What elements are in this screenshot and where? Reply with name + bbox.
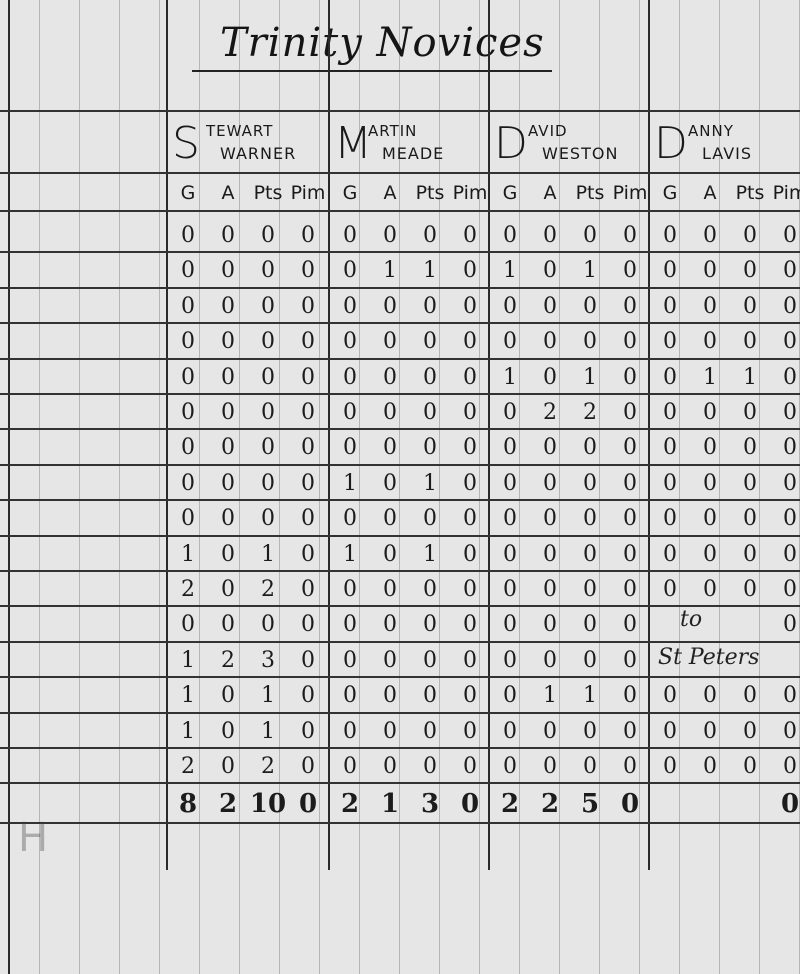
stat-cell: 0 (410, 501, 450, 537)
stat-cell: 0 (730, 430, 770, 466)
stat-cell: 0 (330, 643, 370, 679)
stat-cell: 0 (288, 714, 328, 750)
stat-column-header: Pim (450, 182, 490, 204)
stat-cell: 0 (770, 253, 800, 289)
stat-cell: 0 (610, 749, 650, 785)
stat-cell: 0 (168, 253, 208, 289)
stat-cell: 0 (570, 466, 610, 502)
stat-column-header: A (690, 182, 730, 204)
stat-cell: 1 (570, 253, 610, 289)
stat-cell: 0 (730, 395, 770, 431)
stat-cell: 1 (410, 466, 450, 502)
stat-cell: 0 (770, 289, 800, 325)
stat-total (650, 786, 690, 822)
stat-cell: 0 (248, 607, 288, 643)
stat-cell: 0 (330, 678, 370, 714)
stat-cell: 0 (490, 607, 530, 643)
stat-cell: 0 (650, 537, 690, 573)
stat-cell: 0 (370, 572, 410, 608)
stat-cell: 1 (570, 360, 610, 396)
stat-cell: 0 (330, 430, 370, 466)
player-last-name: MEADE (382, 144, 444, 163)
stat-cell: 0 (530, 218, 570, 254)
stat-cell: 0 (410, 714, 450, 750)
player-first-name: ANNY (688, 122, 734, 140)
stat-cell: 0 (650, 501, 690, 537)
stat-cell: 0 (690, 253, 730, 289)
stat-cell: 0 (168, 430, 208, 466)
stat-cell: 0 (330, 501, 370, 537)
stat-cell: 0 (450, 714, 490, 750)
stat-cell: 0 (410, 678, 450, 714)
stat-cell: 0 (330, 572, 370, 608)
stat-cell: 0 (490, 749, 530, 785)
stat-cell: 0 (690, 501, 730, 537)
stat-cell: 0 (208, 501, 248, 537)
stat-cell: 0 (490, 324, 530, 360)
stat-cell: 0 (650, 430, 690, 466)
player-first-name: ARTIN (368, 122, 417, 140)
stat-cell: 0 (650, 253, 690, 289)
stat-cell: 1 (168, 714, 208, 750)
stat-cell: 1 (168, 678, 208, 714)
stat-cell: 0 (530, 643, 570, 679)
stat-cell: 0 (410, 395, 450, 431)
stat-cell: 0 (168, 360, 208, 396)
stat-cell: 0 (770, 714, 800, 750)
stat-cell: 0 (650, 395, 690, 431)
player-header: MARTINMEADE (330, 118, 490, 172)
stat-column-header: Pts (570, 182, 610, 204)
stat-cell: 0 (248, 466, 288, 502)
stat-cell: 0 (370, 537, 410, 573)
stat-cell: 0 (208, 537, 248, 573)
stat-cell: 0 (208, 678, 248, 714)
stat-cell: 0 (208, 607, 248, 643)
stat-cell: 0 (288, 253, 328, 289)
stat-cell: 0 (610, 572, 650, 608)
stat-cell: 0 (410, 289, 450, 325)
stat-cell: 1 (490, 360, 530, 396)
stat-total (690, 786, 730, 822)
stat-cell: 0 (370, 643, 410, 679)
stat-cell: 0 (730, 253, 770, 289)
stat-cell: 0 (530, 749, 570, 785)
stat-cell: 0 (490, 537, 530, 573)
stat-cell: 1 (570, 678, 610, 714)
stat-cell: 0 (690, 466, 730, 502)
stat-cell: 0 (610, 360, 650, 396)
player-first-name: TEWART (206, 122, 273, 140)
transfer-destination: St Peters (658, 645, 759, 670)
stat-total: 2 (530, 786, 570, 822)
stat-cell: 0 (770, 537, 800, 573)
stat-cell: 0 (730, 678, 770, 714)
stat-column-header: G (330, 182, 370, 204)
stat-cell: 0 (570, 607, 610, 643)
player-initial: M (334, 118, 372, 169)
stat-cell: 1 (490, 253, 530, 289)
stat-cell: 0 (248, 501, 288, 537)
stat-cell: 0 (770, 466, 800, 502)
stat-total: 5 (570, 786, 610, 822)
stat-column-header: A (208, 182, 248, 204)
stat-cell: 0 (730, 466, 770, 502)
stat-cell: 0 (410, 324, 450, 360)
stat-cell: 2 (168, 749, 208, 785)
stat-cell: 0 (650, 324, 690, 360)
stat-total: 2 (330, 786, 370, 822)
stat-cell: 0 (288, 395, 328, 431)
stat-cell: 0 (490, 501, 530, 537)
stat-cell: 0 (490, 218, 530, 254)
stat-cell: 0 (288, 643, 328, 679)
stat-cell: 0 (288, 430, 328, 466)
stat-cell: 0 (490, 572, 530, 608)
stat-cell: 0 (330, 395, 370, 431)
stat-cell: 0 (690, 218, 730, 254)
stat-column-header: G (650, 182, 690, 204)
stat-cell: 1 (410, 253, 450, 289)
stat-total (730, 786, 770, 822)
stat-cell: 0 (490, 678, 530, 714)
stat-column-header: Pts (248, 182, 288, 204)
stat-cell: 1 (168, 643, 208, 679)
stat-cell: 0 (288, 501, 328, 537)
stat-cell: 0 (330, 289, 370, 325)
stat-cell: 0 (248, 218, 288, 254)
stat-cell: 0 (490, 643, 530, 679)
stat-cell: 0 (208, 360, 248, 396)
stat-cell: 0 (730, 537, 770, 573)
stat-cell: 0 (450, 218, 490, 254)
stat-cell: 0 (410, 360, 450, 396)
stat-cell: 1 (248, 714, 288, 750)
stat-cell: 0 (690, 678, 730, 714)
stat-cell: 0 (450, 501, 490, 537)
stat-cell: 0 (770, 572, 800, 608)
stat-cell: 0 (370, 360, 410, 396)
stat-cell: 0 (288, 218, 328, 254)
stat-cell: 0 (490, 714, 530, 750)
stat-cell: 0 (650, 714, 690, 750)
stat-cell: 1 (690, 360, 730, 396)
stat-cell: 0 (330, 253, 370, 289)
stat-cell: 0 (450, 607, 490, 643)
stat-cell: 0 (530, 430, 570, 466)
stat-cell: 1 (168, 537, 208, 573)
player-last-name: WESTON (542, 144, 618, 163)
stat-cell: 0 (530, 607, 570, 643)
stat-cell: 0 (168, 607, 208, 643)
stat-cell: 0 (690, 430, 730, 466)
stat-cell: 0 (530, 360, 570, 396)
stat-cell: 0 (410, 430, 450, 466)
stat-cell: 0 (610, 466, 650, 502)
stat-total: 2 (208, 786, 248, 822)
stat-cell: 0 (370, 324, 410, 360)
stat-cell: 0 (370, 678, 410, 714)
player-initial: D (494, 118, 528, 169)
stat-cell: 0 (208, 714, 248, 750)
stat-cell: 0 (690, 572, 730, 608)
stat-cell: 0 (168, 395, 208, 431)
stat-cell: 0 (450, 537, 490, 573)
stat-cell: 0 (288, 607, 328, 643)
stat-cell: 1 (370, 253, 410, 289)
stat-cell: 0 (610, 607, 650, 643)
stat-cell: 0 (530, 324, 570, 360)
player-header: DANNYLAVIS (650, 118, 800, 172)
stat-cell: 0 (770, 501, 800, 537)
stat-cell: 0 (450, 643, 490, 679)
stat-cell: 0 (168, 218, 208, 254)
stat-cell: 0 (730, 501, 770, 537)
player-last-name: WARNER (220, 144, 296, 163)
stat-cell: 0 (208, 466, 248, 502)
stat-cell: 0 (410, 749, 450, 785)
stat-column-header: A (530, 182, 570, 204)
stat-cell: 0 (770, 607, 800, 643)
stat-cell: 0 (730, 218, 770, 254)
stat-cell: 0 (450, 678, 490, 714)
stat-cell: 2 (248, 572, 288, 608)
stat-column-header: Pim (610, 182, 650, 204)
stat-cell: 0 (450, 360, 490, 396)
stat-cell: 0 (610, 714, 650, 750)
stat-total: 0 (450, 786, 490, 822)
player-first-name: AVID (528, 122, 568, 140)
stat-cell: 0 (490, 289, 530, 325)
stat-cell: 0 (770, 430, 800, 466)
stat-cell: 0 (650, 360, 690, 396)
stat-cell: 0 (530, 466, 570, 502)
stat-cell: 0 (770, 395, 800, 431)
page-title: Trinity Novices (220, 20, 545, 66)
stat-cell: 0 (168, 466, 208, 502)
stat-cell: 0 (570, 289, 610, 325)
stat-cell: 0 (330, 324, 370, 360)
stat-column-header: G (168, 182, 208, 204)
stat-column-header: Pts (410, 182, 450, 204)
stat-cell: 0 (770, 324, 800, 360)
stat-column-header: Pts (730, 182, 770, 204)
stat-cell: 0 (570, 572, 610, 608)
stat-cell: 2 (248, 749, 288, 785)
stat-cell: 0 (650, 289, 690, 325)
stat-cell: 0 (450, 324, 490, 360)
stat-cell: 1 (248, 537, 288, 573)
stat-cell: 0 (410, 218, 450, 254)
stat-cell: 0 (248, 360, 288, 396)
stat-cell: 0 (370, 430, 410, 466)
stat-cell: 1 (330, 466, 370, 502)
stat-cell: 0 (690, 714, 730, 750)
stat-cell: 0 (450, 749, 490, 785)
player-last-name: LAVIS (702, 144, 752, 163)
stat-cell: 0 (530, 253, 570, 289)
row-divider (0, 822, 800, 824)
stat-cell: 0 (570, 714, 610, 750)
stat-cell: 0 (650, 218, 690, 254)
stat-cell: 0 (650, 749, 690, 785)
stat-cell: 0 (690, 395, 730, 431)
stat-cell: 0 (208, 289, 248, 325)
stat-total: 0 (288, 786, 328, 822)
stat-cell: 0 (410, 643, 450, 679)
stat-cell: 0 (770, 749, 800, 785)
stat-cell: 0 (570, 643, 610, 679)
stat-cell: 0 (450, 395, 490, 431)
stat-column-header: Pim (770, 182, 800, 204)
stat-cell: 0 (370, 714, 410, 750)
stat-cell: 0 (610, 395, 650, 431)
stat-cell: 2 (208, 643, 248, 679)
stat-cell: 0 (450, 466, 490, 502)
stat-cell: 0 (330, 749, 370, 785)
stat-cell: 0 (288, 572, 328, 608)
stat-cell: 0 (248, 289, 288, 325)
stat-cell: 1 (730, 360, 770, 396)
stat-cell: 0 (610, 501, 650, 537)
stat-cell: 0 (288, 289, 328, 325)
stat-cell: 0 (650, 466, 690, 502)
stat-cell: 0 (610, 643, 650, 679)
stat-column-header: A (370, 182, 410, 204)
stat-cell: 0 (168, 289, 208, 325)
stat-cell: 0 (288, 678, 328, 714)
stat-cell: 0 (370, 607, 410, 643)
stat-cell: 0 (730, 714, 770, 750)
stat-cell: 0 (288, 324, 328, 360)
stat-cell: 0 (770, 360, 800, 396)
stat-cell: 0 (690, 324, 730, 360)
stat-cell: 0 (288, 749, 328, 785)
stat-cell: 0 (370, 289, 410, 325)
stat-cell: 0 (208, 430, 248, 466)
stat-cell: 0 (410, 572, 450, 608)
stat-cell: 0 (490, 466, 530, 502)
stat-cell: 0 (208, 218, 248, 254)
stat-cell: 1 (248, 678, 288, 714)
stat-cell: 0 (370, 395, 410, 431)
stat-cell: 0 (370, 501, 410, 537)
transfer-note: to (680, 607, 702, 632)
stat-cell: 0 (208, 749, 248, 785)
stat-cell: 0 (330, 714, 370, 750)
stat-cell: 0 (570, 430, 610, 466)
stat-cell: 2 (168, 572, 208, 608)
player-header: DAVIDWESTON (490, 118, 650, 172)
stat-cell: 0 (610, 324, 650, 360)
stat-cell: 0 (370, 466, 410, 502)
stat-cell: 0 (208, 572, 248, 608)
stat-cell: 0 (450, 289, 490, 325)
stat-cell: 0 (610, 537, 650, 573)
stat-cell: 0 (490, 395, 530, 431)
row-divider (0, 172, 800, 174)
stat-cell: 1 (410, 537, 450, 573)
stat-total: 0 (610, 786, 650, 822)
stat-total: 0 (770, 786, 800, 822)
stat-cell: 0 (570, 218, 610, 254)
stat-cell: 0 (650, 678, 690, 714)
stat-cell: 0 (530, 537, 570, 573)
stat-cell: 0 (770, 218, 800, 254)
stat-cell: 0 (770, 678, 800, 714)
stat-cell: 0 (410, 607, 450, 643)
column-divider (8, 0, 10, 974)
stat-cell: 0 (610, 289, 650, 325)
stat-cell: 0 (248, 253, 288, 289)
stat-cell: 0 (530, 714, 570, 750)
stat-cell: 0 (730, 324, 770, 360)
stat-cell: 0 (650, 572, 690, 608)
stat-cell: 1 (530, 678, 570, 714)
stat-cell: 0 (330, 360, 370, 396)
stat-cell: 0 (288, 360, 328, 396)
title-underline (192, 70, 552, 72)
stat-cell: 0 (730, 289, 770, 325)
stat-cell (770, 643, 800, 679)
stat-column-header: Pim (288, 182, 328, 204)
stat-cell: 0 (690, 537, 730, 573)
stat-cell: 0 (370, 218, 410, 254)
stat-cell: 0 (570, 501, 610, 537)
stat-cell: 0 (288, 466, 328, 502)
stat-cell: 0 (248, 430, 288, 466)
stat-cell: 0 (208, 253, 248, 289)
stat-cell: 0 (490, 430, 530, 466)
stat-cell: 0 (530, 501, 570, 537)
stat-total: 2 (490, 786, 530, 822)
row-divider (0, 210, 800, 212)
stat-cell: 0 (248, 395, 288, 431)
stat-cell: 0 (610, 218, 650, 254)
stat-cell: 0 (730, 572, 770, 608)
stat-cell: 0 (370, 749, 410, 785)
bleedthrough-letter: H (18, 815, 48, 861)
stat-cell: 0 (248, 324, 288, 360)
stat-cell: 0 (450, 572, 490, 608)
stat-cell: 0 (610, 253, 650, 289)
stat-cell: 1 (330, 537, 370, 573)
stat-total: 3 (410, 786, 450, 822)
stat-column-header: G (490, 182, 530, 204)
stat-cell: 0 (530, 289, 570, 325)
stat-cell: 2 (530, 395, 570, 431)
stat-cell: 2 (570, 395, 610, 431)
player-initial: S (172, 118, 200, 169)
stat-cell: 0 (610, 678, 650, 714)
stat-cell: 0 (570, 537, 610, 573)
stat-cell (730, 607, 770, 643)
stat-cell: 0 (610, 430, 650, 466)
stat-cell: 0 (168, 501, 208, 537)
stat-total: 10 (248, 786, 288, 822)
stat-cell: 0 (288, 537, 328, 573)
stat-cell: 0 (690, 749, 730, 785)
stat-cell: 0 (450, 253, 490, 289)
stat-cell: 0 (690, 289, 730, 325)
stat-cell: 3 (248, 643, 288, 679)
stat-cell: 0 (168, 324, 208, 360)
stat-cell: 0 (208, 324, 248, 360)
stat-cell: 0 (330, 218, 370, 254)
player-header: STEWARTWARNER (168, 118, 328, 172)
stat-cell: 0 (530, 572, 570, 608)
stat-cell: 0 (450, 430, 490, 466)
